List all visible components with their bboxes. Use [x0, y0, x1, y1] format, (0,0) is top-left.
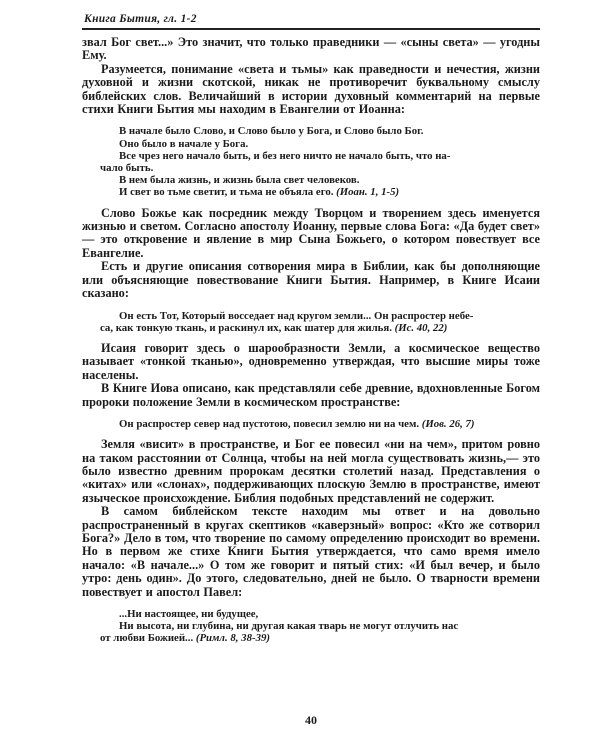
- scripture-reference: (Иов. 26, 7): [422, 418, 475, 430]
- quote-line: са, как тонкую ткань, и раскинул их, как…: [100, 322, 540, 334]
- quote-line-text: са, как тонкую ткань, и раскинул их, как…: [100, 322, 395, 334]
- quote-line-text: от любви Божией...: [100, 632, 196, 644]
- running-header: Книга Бытия, гл. 1-2: [82, 13, 540, 30]
- scripture-reference: (Иоан. 1, 1-5): [336, 186, 399, 198]
- body-paragraph: Слово Божье как посредник между Творцом …: [82, 207, 540, 261]
- quote-line-text: В начале было Слово, и Слово было у Бога…: [119, 125, 423, 137]
- running-header-title: Книга Бытия, гл. 1-2: [82, 13, 540, 25]
- body-paragraph: Земля «висит» в пространстве, и Бог ее п…: [82, 438, 540, 505]
- quote-line: Оно было в начале у Бога.: [100, 138, 540, 150]
- quote-line: Ни высота, ни глубина, ни другая какая т…: [100, 620, 540, 632]
- body-paragraph: Есть и другие описания сотворения мира в…: [82, 260, 540, 300]
- scripture-reference: (Ис. 40, 22): [395, 322, 448, 334]
- body-paragraph: В самом библейском тексте находим мы отв…: [82, 505, 540, 599]
- quote-line-text: Оно было в начале у Бога.: [119, 138, 248, 150]
- quote-line-text: Он есть Тот, Который восседает над круго…: [119, 310, 473, 322]
- scripture-reference: (Римл. 8, 38-39): [196, 632, 270, 644]
- quote-line-text: Ни высота, ни глубина, ни другая какая т…: [119, 620, 458, 632]
- quote-line-text: В нем была жизнь, и жизнь была свет чело…: [119, 174, 359, 186]
- header-rule: [82, 28, 540, 30]
- quote-line: И свет во тьме светит, и тьма не объяла …: [100, 186, 540, 198]
- scripture-quote: Он есть Тот, Который восседает над круго…: [100, 310, 540, 334]
- quote-line-text: И свет во тьме светит, и тьма не объяла …: [119, 186, 336, 198]
- page-content: звал Бог свет...» Это значит, что только…: [82, 36, 540, 645]
- page-number: 40: [82, 713, 540, 728]
- body-paragraph: Разумеется, понимание «света и тьмы» как…: [82, 63, 540, 117]
- quote-line: ...Ни настоящее, ни будущее,: [100, 608, 540, 620]
- book-page: Книга Бытия, гл. 1-2 звал Бог свет...» Э…: [0, 0, 600, 750]
- body-paragraph: Исаия говорит здесь о шарообразности Зем…: [82, 342, 540, 382]
- quote-line: В начале было Слово, и Слово было у Бога…: [100, 125, 540, 137]
- quote-line: от любви Божией... (Римл. 8, 38-39): [100, 632, 540, 644]
- quote-line: В нем была жизнь, и жизнь была свет чело…: [100, 174, 540, 186]
- scripture-quote: ...Ни настоящее, ни будущее,Ни высота, н…: [100, 608, 540, 645]
- quote-line-text: ...Ни настоящее, ни будущее,: [119, 608, 258, 620]
- quote-line-text: Он распростер север над пустотою, повеси…: [119, 418, 422, 430]
- quote-line: Он есть Тот, Который восседает над круго…: [100, 310, 540, 322]
- body-paragraph: звал Бог свет...» Это значит, что только…: [82, 36, 540, 63]
- body-paragraph: В Книге Иова описано, как представляли с…: [82, 382, 540, 409]
- scripture-quote: В начале было Слово, и Слово было у Бога…: [100, 125, 540, 198]
- quote-line-text: Все чрез него начало быть, и без него ни…: [119, 150, 450, 162]
- quote-line: чало быть.: [100, 162, 540, 174]
- quote-line: Все чрез него начало быть, и без него ни…: [100, 150, 540, 162]
- quote-line-text: чало быть.: [100, 162, 153, 174]
- scripture-quote: Он распростер север над пустотою, повеси…: [100, 418, 540, 430]
- quote-line: Он распростер север над пустотою, повеси…: [100, 418, 540, 430]
